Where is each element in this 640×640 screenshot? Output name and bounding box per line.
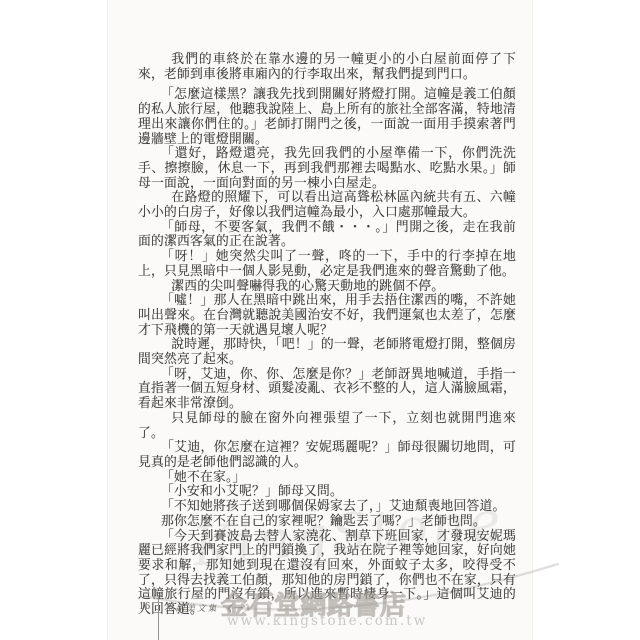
paragraph: 「呀，艾迪，你、你、怎麼是你？」老師訝異地喊道，手指一直指著一個五短身材、頭髮凌… (138, 367, 516, 411)
paragraph: 我們的車終於在靠水邊的另一幢更小的小白屋前面停了下來，老師到車後將車廂內的行李取… (138, 52, 516, 81)
paragraph: 那你怎麼不在自己的家裡呢？鑰匙丟了嗎？」老師也問。 (138, 514, 516, 529)
paragraph: 「小安和小艾呢？」師母又問。 (138, 484, 516, 499)
paragraph: 在路燈的照耀下，可以看出這高聳松林區內統共有五、六幢小小的白房子，好像以我們這幢… (138, 190, 516, 219)
paragraph: 「她不在家。」 (138, 470, 516, 485)
paragraph: 「不知她將孩子送到哪個保姆家去了，」艾迪頹喪地回答道。 (138, 499, 516, 514)
book-series-title: 世副美文集 《一》 (165, 602, 255, 614)
paragraph: 「呀！」她突然尖叫了一聲，咚的一下，手中的行李掉在地上，只見黑暗中一個人影晃動，… (138, 249, 516, 278)
paragraph: 「噓！」那人在黑暗中跳出來，用手去捂住潔西的嘴，不許她叫出聲來。在台灣就聽說美國… (138, 293, 516, 337)
paragraph: 潔西的尖叫聲嚇得我的心驚天動地的跳個不停。 (138, 279, 516, 294)
paragraph: 「師母，不要客氣，我們不餓・・・。」門開之後，走在我前面的潔西客氣的正在說著。 (138, 220, 516, 249)
footer-divider-line (158, 597, 159, 640)
paragraph: 只見師母的臉在窗外向裡張望了一下，立刻也就開門進來了。 (138, 411, 516, 440)
paragraph: 「艾迪，你怎麼在這裡？安妮瑪麗呢？」師母很關切地問，可見真的是老師他們認識的人。 (138, 440, 516, 469)
paragraph: 「怎麼這樣黑？讓我先找到開關好將燈打開。這幢是義工伯顏的私人旅行屋，他聽我說陸上… (138, 87, 516, 146)
paragraph: 說時遲，那時快，「吧！」的一聲，老師將電燈打開，整個房間突然亮了起來。 (138, 337, 516, 366)
page-number: 16 (139, 601, 151, 612)
paragraph: 「還好，路燈還亮，我先回我們的小屋準備一下，你們洗洗手、擦擦臉，休息一下，再到我… (138, 146, 516, 190)
page-text: 我們的車終於在靠水邊的另一幢更小的小白屋前面停了下來，老師到車後將車廂內的行李取… (138, 52, 516, 617)
